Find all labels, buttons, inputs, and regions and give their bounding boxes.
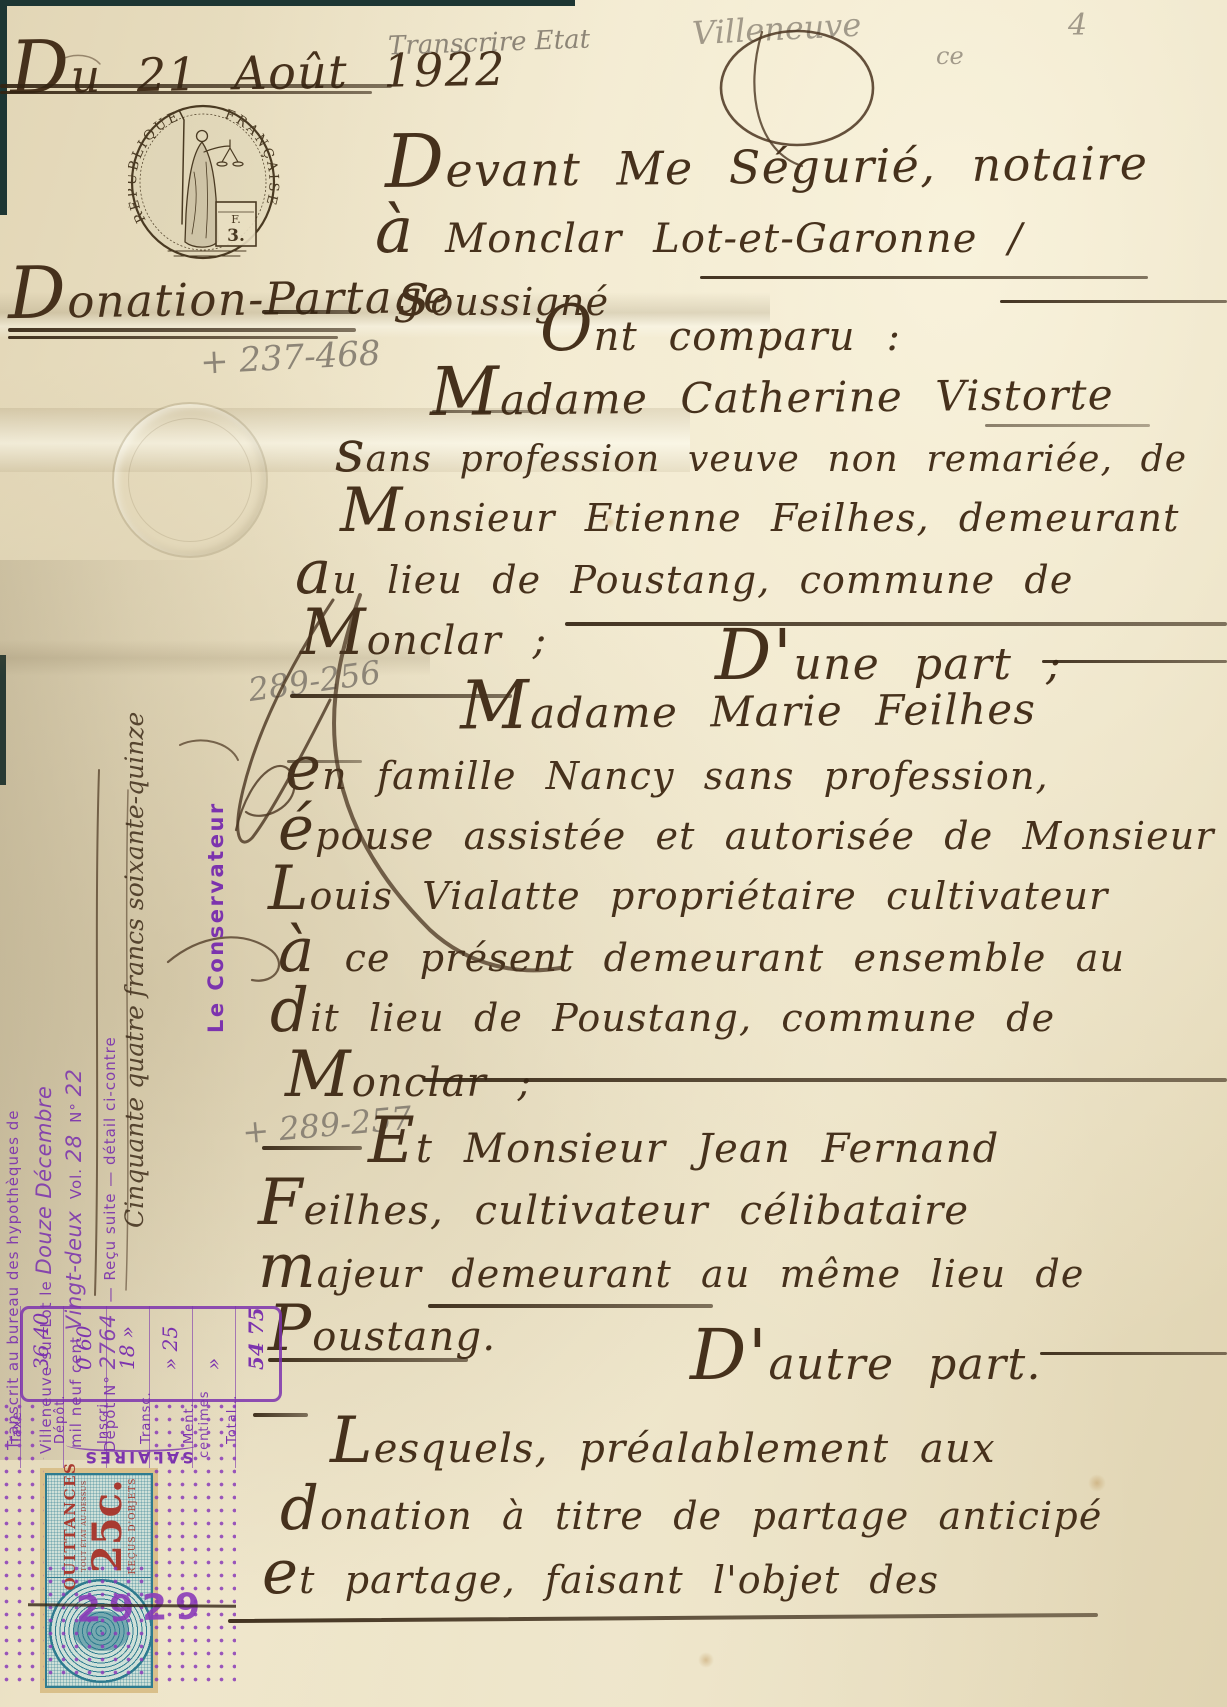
ink-rule bbox=[8, 336, 338, 339]
embossed-seal bbox=[112, 402, 268, 558]
stamp-num-value: 22 bbox=[62, 1069, 86, 1097]
ink-rule bbox=[428, 1304, 713, 1308]
pencil-note-ce: ce bbox=[936, 42, 964, 70]
ink-rule bbox=[0, 91, 372, 94]
fee-value: 0 60 bbox=[72, 1325, 96, 1370]
manuscript-line: dit lieu de Poustang, commune de bbox=[270, 976, 1055, 1046]
ink-rule bbox=[1000, 300, 1227, 303]
ink-rule bbox=[0, 84, 392, 88]
fee-value: 36 40 bbox=[29, 1313, 53, 1370]
section-heading: D'autre part. bbox=[690, 1314, 1042, 1396]
stamp-vol-value: 28 bbox=[62, 1134, 86, 1162]
stamp-conservateur-label: Le Conservateur bbox=[204, 801, 228, 1033]
stamp-overprint-number: 2929 bbox=[75, 1586, 208, 1630]
manuscript-line: sans profession veuve non remariée, de bbox=[335, 418, 1187, 485]
tax-stamp-right-text: REÇUS D'OBJETS bbox=[128, 1478, 138, 1575]
manuscript-line: Lesquels, préalablement aux bbox=[330, 1404, 996, 1478]
republique-francaise-seal: RÉPUBLIQUE FRANÇAISE F. 3. bbox=[128, 102, 280, 262]
ink-rule bbox=[1042, 660, 1227, 663]
ink-rule bbox=[8, 328, 356, 332]
manuscript-line: Madame Marie Feilhes bbox=[460, 661, 1037, 744]
fee-value: » 25 bbox=[158, 1326, 182, 1370]
ink-rule bbox=[700, 276, 1148, 279]
manuscript-line: à Monclar Lot-et-Garonne / bbox=[375, 194, 1023, 268]
stamp-num-label: N° bbox=[67, 1102, 85, 1123]
scan-edge-left-top bbox=[0, 0, 7, 215]
ink-rule bbox=[432, 410, 532, 413]
salaires-fees-table-stamp: 36 40 Taxe 0 60 Dépôt. 18 » Inscri. » 25… bbox=[20, 1306, 278, 1468]
quittances-tax-stamp: QUITTANCES TOUT ÉTAT AU-DESSUS 25c. REÇU… bbox=[40, 1468, 158, 1693]
fee-label: Taxe bbox=[10, 1411, 25, 1444]
scanned-notarial-deed: Du 21 Août 1922 Transcrire Etat Villeneu… bbox=[0, 0, 1227, 1707]
stamp-recu-label: Reçu suite — détail ci-contre bbox=[101, 1036, 119, 1280]
fee-label: Transc. bbox=[139, 1391, 154, 1444]
ink-rule bbox=[1040, 1352, 1227, 1355]
scan-edge-left-notch bbox=[0, 655, 6, 785]
stamp-date-prefix: le bbox=[37, 1280, 55, 1295]
manuscript-line: Monclar ; bbox=[300, 596, 547, 670]
stamp-vol-label: Vol. bbox=[67, 1168, 85, 1199]
stamp-date-value: Douze Décembre bbox=[32, 1086, 56, 1275]
manuscript-line: Monsieur Etienne Feilhes, demeurant bbox=[340, 476, 1180, 546]
scan-edge-top bbox=[0, 0, 575, 6]
seal-value-currency: F. bbox=[231, 213, 240, 226]
pencil-corner-mark: 4 bbox=[1068, 8, 1087, 43]
fee-value: 18 » bbox=[115, 1326, 139, 1370]
tax-stamp-left-text: QUITTANCES bbox=[61, 1462, 79, 1591]
fee-total-value: 54 75 bbox=[244, 1307, 268, 1370]
fee-value: » bbox=[201, 1358, 225, 1370]
margin-title: Donation-Partage bbox=[7, 245, 451, 335]
manuscript-line: donation à titre de partage anticipé bbox=[280, 1474, 1102, 1544]
ink-rule bbox=[262, 1146, 362, 1150]
manuscript-line: Monclar ; bbox=[285, 1038, 532, 1112]
manuscript-line: Louis Vialatte propriétaire cultivateur bbox=[268, 854, 1108, 924]
manuscript-line: et partage, faisant l'objet des bbox=[262, 1538, 939, 1608]
ink-rule bbox=[262, 310, 357, 314]
fee-label: Dépôt. bbox=[53, 1395, 68, 1444]
manuscript-line: Feilhes, cultivateur célibataire bbox=[258, 1166, 969, 1240]
seal-value-box: F. 3. bbox=[216, 202, 256, 246]
fee-total-label: Total… bbox=[225, 1395, 240, 1444]
seal-value-amount: 3. bbox=[227, 226, 245, 246]
fees-table-title: SALAIRES bbox=[68, 1448, 208, 1467]
ink-rule bbox=[423, 1078, 1227, 1082]
stamp-amount-words: Cinquante quatre francs soixante-quinze bbox=[120, 712, 149, 1228]
ink-rule bbox=[268, 1358, 468, 1362]
manuscript-line: Devant Me Ségurié, notaire bbox=[385, 112, 1149, 205]
tax-stamp-value: 25c. bbox=[89, 1479, 127, 1573]
